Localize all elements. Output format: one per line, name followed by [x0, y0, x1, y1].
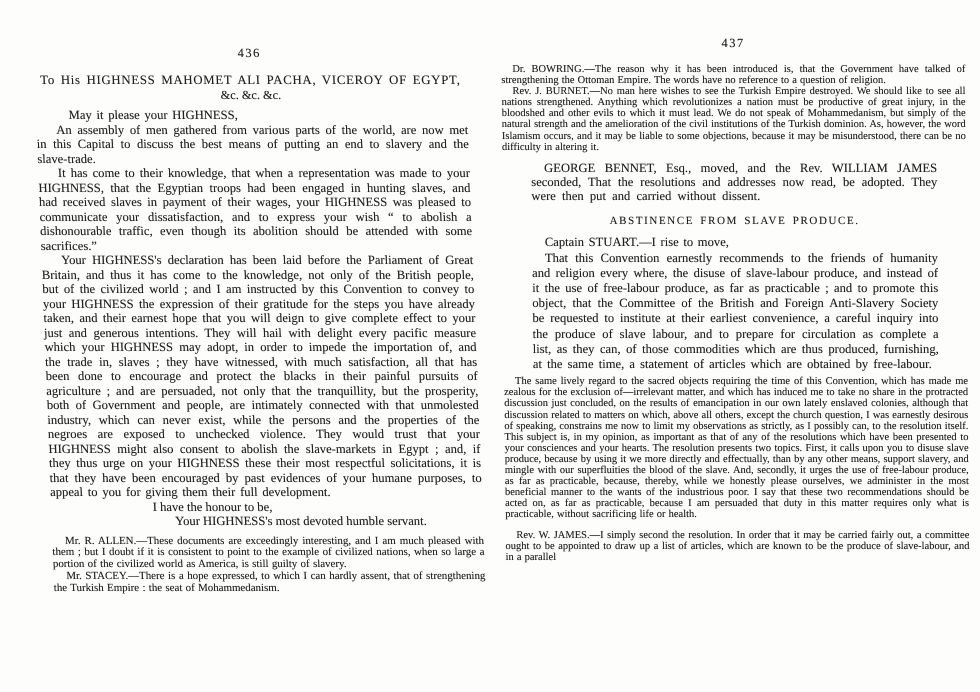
left-page-number: 436: [33, 46, 466, 61]
mover-line: Captain STUART.—I rise to move,: [532, 235, 938, 250]
resolution-paragraph: That this Convention earnestly recommend…: [532, 251, 939, 373]
book-spread: 436 To His HIGHNESS MAHOMET ALI PACHA, V…: [0, 0, 980, 692]
letter-salutation: May it please your HIGHNESS,: [35, 108, 468, 123]
discussion-note-stacey: Mr. STACEY.—There is a hope expressed, t…: [53, 571, 486, 595]
letter-heading-line2: &c. &c. &c.: [35, 88, 468, 103]
right-page: 437 Dr. BOWRING.—The reason why it has b…: [501, 36, 970, 563]
letter-closing-line: I have the honour to be,: [152, 500, 483, 515]
discussion-note-allen: Mr. R. ALLEN.—These documents are exceed…: [52, 536, 485, 572]
discussion-notes: Mr. R. ALLEN.—These documents are exceed…: [52, 536, 486, 596]
right-page-number: 437: [501, 36, 965, 51]
letter-paragraph: Your HIGHNESS's declaration has been lai…: [41, 253, 482, 500]
left-page: 436 To His HIGHNESS MAHOMET ALI PACHA, V…: [33, 46, 486, 595]
letter-paragraph: An assembly of men gathered from various…: [36, 123, 470, 167]
section-heading: ABSTINENCE FROM SLAVE PRODUCE.: [503, 215, 967, 227]
stuart-speech-paragraph: The same lively regard to the sacred obj…: [504, 376, 969, 520]
discussion-note-burnet: Rev. J. BURNET.—No man here wishes to se…: [501, 86, 966, 153]
motion-paragraph: GEORGE BENNET, Esq., moved, and the Rev.…: [531, 162, 937, 204]
discussion-notes: Dr. BOWRING.—The reason why it has been …: [501, 64, 966, 153]
letter-paragraph: It has come to their knowledge, that whe…: [38, 166, 473, 253]
discussion-note-james: Rev. W. JAMES.—I simply second the resol…: [505, 530, 969, 563]
letter-body: May it please your HIGHNESS, An assembly…: [35, 108, 482, 500]
letter-heading-line1: To His HIGHNESS MAHOMET ALI PACHA, VICER…: [34, 72, 467, 88]
letter-closing-signature: Your HIGHNESS's most devoted humble serv…: [175, 514, 484, 529]
discussion-note-bowring: Dr. BOWRING.—The reason why it has been …: [501, 64, 965, 86]
